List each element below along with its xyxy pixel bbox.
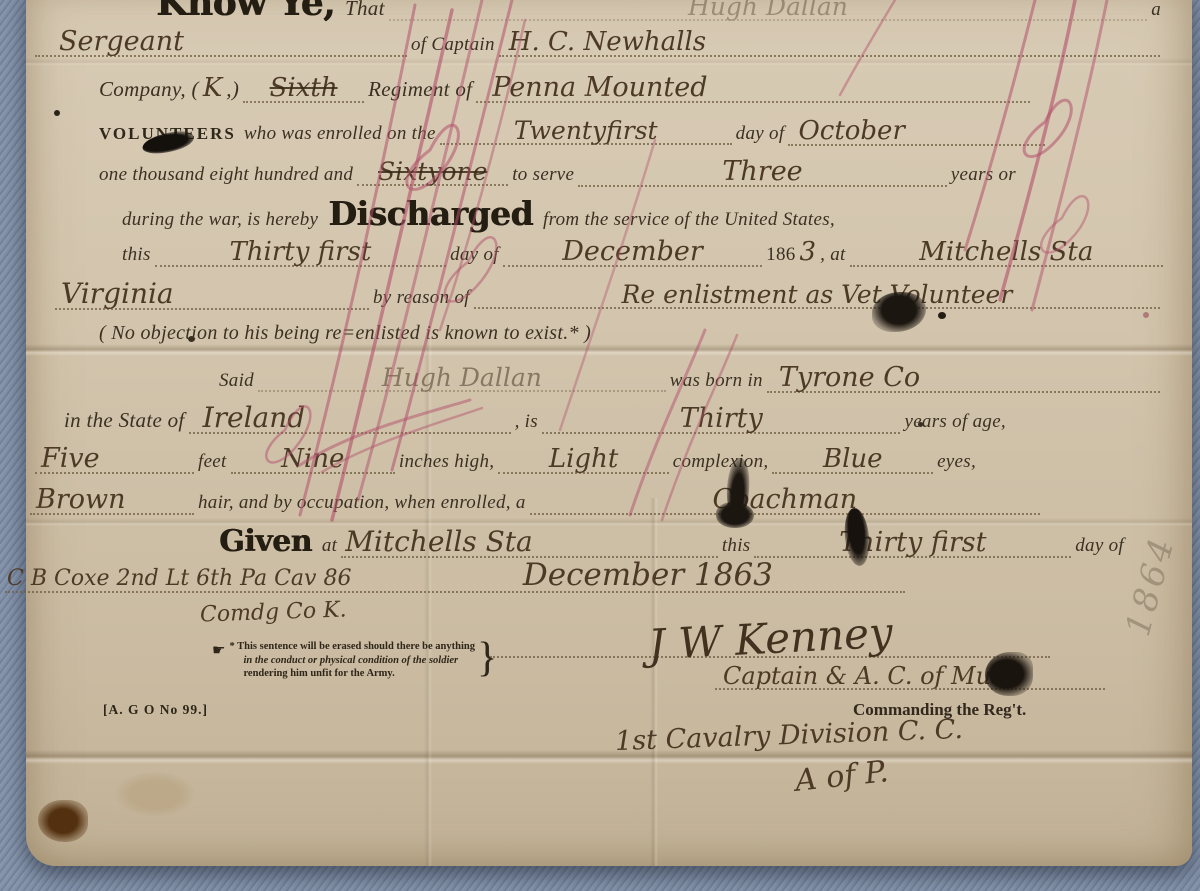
footnote-brace: } [477, 640, 497, 678]
regiment-name-entry: Penna Mounted [476, 74, 1030, 103]
printed-a: a [1147, 0, 1165, 21]
line-description: Five feet Nine inches high, Light comple… [35, 445, 980, 474]
printed-spelled-year: one thousand eight hundred and [95, 164, 357, 186]
discharge-month-entry: December [503, 238, 762, 267]
form-number: [A. G O No 99.] [103, 702, 208, 718]
printed-no-objection: ( No objection to his being re=enlisted … [95, 322, 595, 345]
line-issuer-date: C B Coxe 2nd Lt 6th Pa Cav 86 December 1… [5, 560, 905, 593]
line-given: Given at Mitchells Sta this Thirty first… [213, 524, 1128, 559]
line-no-objection: ( No objection to his being re=enlisted … [95, 322, 595, 345]
discharge-day-entry: Thirty first [155, 239, 446, 267]
soldier-name-entry-top: Hugh Dallan [389, 0, 1147, 21]
ago-number: [A. G O No 99.] [103, 702, 208, 718]
height-feet-entry: Five [35, 445, 194, 474]
line-born: Said Hugh Dallan was born in Tyrone Co [215, 364, 1160, 393]
printed-that: That [341, 0, 389, 21]
height-inches-entry: Nine [231, 446, 395, 474]
line-company-regiment: Company, ( K ,) Sixth Regiment of Penna … [95, 74, 1030, 103]
line-discharge-date: this Thirty first day of December 186 3 … [118, 238, 1163, 267]
printed-to-serve: to serve [508, 164, 578, 186]
given-day-entry: Thirty first [754, 529, 1071, 558]
given-month-year-entry: December 1863 [523, 560, 905, 591]
printed-from-service: from the service of the United States, [539, 209, 839, 231]
regiment-number-entry: Sixth [243, 75, 364, 103]
footnote-block: ☛ * This sentence will be erased should … [212, 640, 497, 681]
pointing-hand-icon: ☛ [212, 641, 225, 660]
printed-volunteers: VOLUNTEERS [95, 124, 240, 144]
printed-given-word: Given [213, 524, 318, 559]
printed-feet: feet [194, 451, 231, 473]
eye-color-entry: Blue [772, 446, 933, 474]
line-signature: J W Kenney [490, 596, 1050, 658]
printed-in-state-of: in the State of [60, 408, 189, 433]
footnote-line3: rendering him unfit for the Army. [243, 667, 475, 681]
captain-name-entry: H. C. Newhalls [499, 29, 1160, 57]
signer-title: Captain & A. C. of Must [715, 664, 1105, 690]
enroll-month-entry: October [788, 118, 1045, 146]
issuer-unit: Comdg Co K. [200, 599, 347, 626]
term-entry: Three [578, 158, 947, 187]
enroll-day-entry: Twentyfirst [440, 118, 732, 145]
soldier-name-entry: Hugh Dallan [258, 365, 666, 392]
complexion-entry: Light [498, 446, 668, 474]
line-occupation: Brown hair, and by occupation, when enro… [30, 486, 1040, 515]
printed-eyes: eyes, [933, 451, 980, 473]
discharge-state-entry: Virginia [55, 280, 369, 310]
photo-of-discharge-certificate: Know Ye, That Hugh Dallan a Sergeant of … [0, 0, 1200, 891]
army-note: A of P. [794, 757, 890, 797]
line-state-age: in the State of Ireland , is Thirty year… [60, 404, 1010, 434]
footnote-line1: * This sentence will be erased should th… [229, 640, 475, 654]
given-place-entry: Mitchells Sta [341, 528, 718, 558]
printed-during-war: during the war, is hereby [118, 209, 322, 231]
printed-know-ye: Know Ye, [150, 0, 341, 24]
line-army: A of P. [795, 762, 889, 792]
printed-years-or: years or [947, 164, 1020, 186]
age-entry: Thirty [542, 405, 901, 434]
year-digit-entry: 3 [800, 239, 817, 265]
printed-company-close: ,) [222, 77, 243, 102]
reason-entry: Re enlistment as Vet Volunteer [474, 282, 1160, 309]
printed-day-of: day of [1071, 535, 1128, 557]
printed-day-of: day of [446, 244, 503, 266]
printed-of-captain: of Captain [407, 34, 499, 56]
printed-years-of-age: years of age, [900, 411, 1010, 433]
hair-color-entry: Brown [30, 486, 194, 515]
printed-inches-high: inches high, [395, 451, 498, 473]
printed-comma-is: , is [511, 411, 542, 433]
birth-place-entry: Tyrone Co [767, 364, 1160, 393]
issuer-signature: C B Coxe 2nd Lt 6th Pa Cav 86 [5, 568, 523, 590]
discharge-place-entry: Mitchells Sta [850, 239, 1163, 267]
printed-comma-at: , at [816, 244, 849, 266]
line-know-ye: Know Ye, That Hugh Dallan a [150, 0, 1165, 24]
printed-company-open: Company, ( [95, 77, 203, 102]
line-rank-captain: Sergeant of Captain H. C. Newhalls [35, 28, 1160, 57]
enroll-year-entry: Sixtyone [357, 159, 508, 186]
printed-regiment-of: Regiment of [364, 77, 476, 102]
line-reason: Virginia by reason of Re enlistment as V… [55, 280, 1160, 310]
company-letter-entry: K [203, 75, 222, 101]
printed-enrolled-text: who was enrolled on the [240, 123, 440, 145]
printed-day-of: day of [732, 123, 789, 145]
line-enrolled: VOLUNTEERS who was enrolled on the Twent… [95, 118, 1045, 146]
printed-at: at [318, 535, 341, 557]
line-discharged: during the war, is hereby Discharged fro… [118, 194, 1158, 233]
line-signer-title: Captain & A. C. of Must [715, 664, 1105, 690]
printed-by-reason: by reason of [369, 287, 474, 309]
printed-discharged-word: Discharged [322, 194, 539, 233]
printed-year-prefix: 186 [762, 244, 799, 266]
printed-said: Said [215, 370, 258, 392]
line-issuer-unit: Comdg Co K. [200, 602, 347, 624]
footnote-line2: in the conduct or physical condition of … [243, 654, 475, 668]
printed-this: this [718, 535, 755, 557]
printed-occupation-text: hair, and by occupation, when enrolled, … [194, 492, 530, 514]
occupation-entry: Coachman [530, 486, 1040, 515]
printed-born-in: was born in [666, 370, 767, 392]
rank-entry: Sergeant [35, 28, 407, 57]
line-division: 1st Cavalry Division C. C. [615, 722, 963, 749]
printed-complexion: complexion, [669, 451, 773, 473]
birth-state-entry: Ireland [189, 404, 511, 434]
mustering-officer-signature: J W Kenney [647, 612, 893, 667]
printed-this: this [118, 244, 155, 266]
line-year-term: one thousand eight hundred and Sixtyone … [95, 158, 1020, 187]
